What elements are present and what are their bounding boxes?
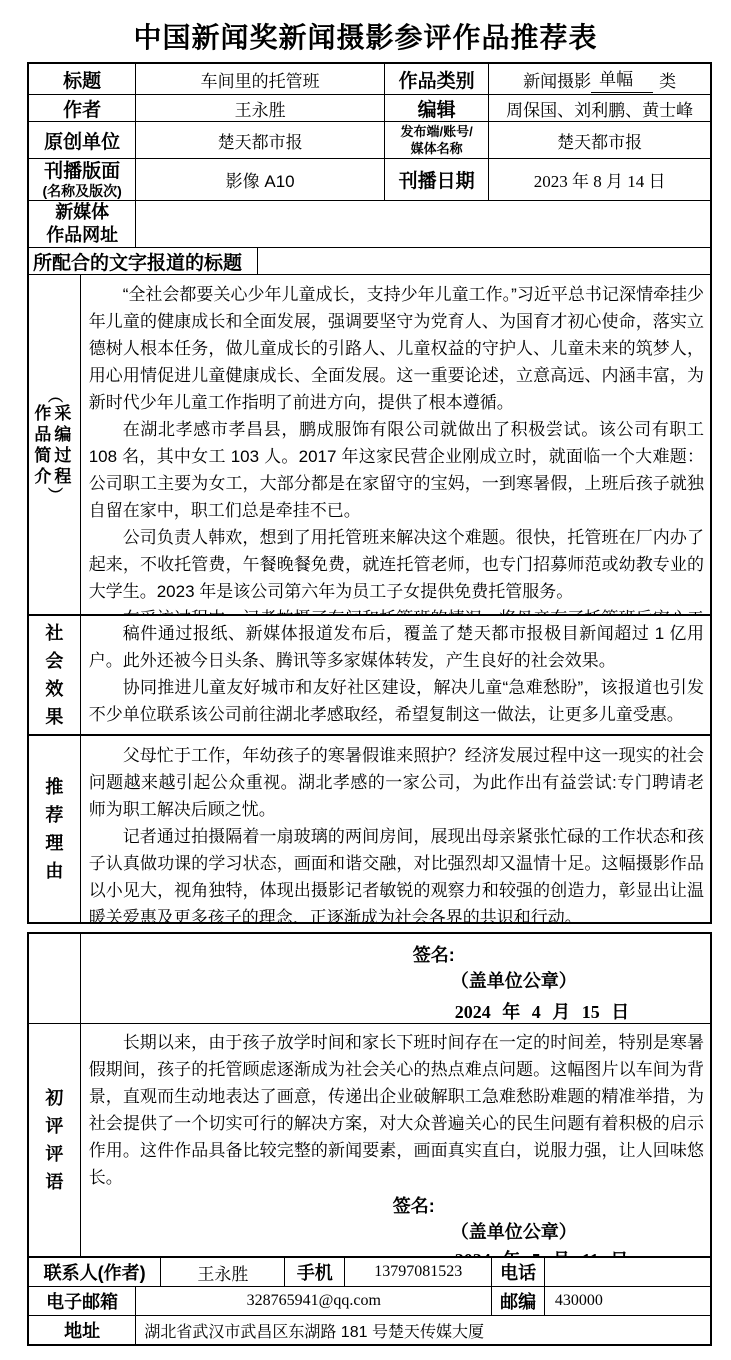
author-value: 王永胜 (136, 95, 385, 122)
row-org-platform: 原创单位 楚天都市报 发布端/账号/ 媒体名称 楚天都市报 (29, 122, 710, 159)
row-unit-signature: 签名: （盖单位公章） 2024 年 4 月 15 日 (29, 934, 710, 1024)
address-value: 湖北省武汉市武昌区东湖路 181 号楚天传媒大厦 (136, 1316, 710, 1344)
review-signature-label: 签名: (81, 1193, 710, 1219)
recommend-paragraph: 记者通过拍摄隔着一扇玻璃的两间房间，展现出母亲紧张忙碌的工作状态和孩子认真做功课… (89, 823, 704, 922)
review-paragraph: 长期以来，由于孩子放学时间和家长下班时间存在一定的时间差，特别是寒暑假期间，孩子… (89, 1029, 704, 1191)
platform-value: 楚天都市报 (489, 122, 710, 159)
intro-paragraph: 在湖北孝感市孝昌县，鹏成服饰有限公司就做出了积极尝试。该公司有职工 108 名，… (89, 416, 704, 524)
intro-paragraph: “全社会都要关心少年儿童成长，支持少年儿童工作。”习近平总书记深情牵挂少年儿童的… (89, 281, 704, 416)
text-report-label: 所配合的文字报道的标题 (29, 248, 258, 275)
intro-label-text: 作采 品编 简过 介程 (34, 403, 74, 487)
email-label: 电子邮箱 (29, 1287, 136, 1316)
social-section-label: 社 会 效 果 (29, 616, 81, 736)
intro-content: “全社会都要关心少年儿童成长，支持少年儿童工作。”习近平总书记深情牵挂少年儿童的… (81, 275, 710, 616)
intro-paragraph: 在采访过程中，记者拍摄了车间和托管班的情况，将母亲有了托管班后安心工作，与孩子开… (89, 605, 704, 616)
contact-value: 王永胜 (161, 1258, 285, 1287)
row-social-effect: 社 会 效 果 稿件通过报纸、新媒体报道发布后，覆盖了楚天都市报极目新闻超过 1… (29, 616, 710, 736)
review-label-text: 初 评 评 语 (45, 1084, 63, 1196)
category-type-underlined: 单幅 (591, 65, 653, 93)
contact-label: 联系人(作者) (29, 1258, 161, 1287)
main-table: 标题 车间里的托管班 作品类别 新闻摄影 单幅 类 作者 王永胜 编辑 周保国、… (27, 62, 712, 924)
social-label-text: 社 会 效 果 (45, 619, 63, 731)
signature-row-empty-label (29, 934, 81, 1024)
signature-label: 签名: (81, 942, 710, 968)
category-prefix: 新闻摄影 (523, 67, 591, 92)
intro-paragraph: 公司负责人韩欢，想到了用托管班来解决这个难题。很快，托管班在厂内办了起来，不收托… (89, 524, 704, 605)
form-title: 中国新闻奖新闻摄影参评作品推荐表 (0, 16, 731, 56)
signature-date: 2024 年 4 月 15 日 (81, 999, 710, 1024)
row-title-category: 标题 车间里的托管班 作品类别 新闻摄影 单幅 类 (29, 64, 710, 95)
row-email: 电子邮箱 328765941@qq.com 邮编 430000 (29, 1287, 710, 1316)
recommend-section-label: 推 荐 理 由 (29, 736, 81, 922)
seal-note: （盖单位公章） (81, 968, 710, 994)
title-label: 标题 (29, 64, 136, 95)
date-label: 刊播日期 (385, 159, 489, 201)
org-label: 原创单位 (29, 122, 136, 159)
intro-section-label: （ 作采 品编 简过 介程 ） (29, 275, 81, 616)
review-seal-note: （盖单位公章） (81, 1219, 710, 1245)
social-paragraph: 稿件通过报纸、新媒体报道发布后，覆盖了楚天都市报极目新闻超过 1 亿用户。此外还… (89, 620, 704, 674)
category-suffix: 类 (659, 67, 676, 92)
mobile-label: 手机 (285, 1258, 345, 1287)
row-url: 新媒体 作品网址 (29, 201, 710, 248)
review-section-label: 初 评 评 语 (29, 1024, 81, 1258)
row-address: 地址 湖北省武汉市武昌区东湖路 181 号楚天传媒大厦 (29, 1316, 710, 1344)
mobile-value: 13797081523 (345, 1258, 492, 1287)
review-content: 长期以来，由于孩子放学时间和家长下班时间存在一定的时间差，特别是寒暑假期间，孩子… (81, 1024, 710, 1258)
secondary-table: 签名: （盖单位公章） 2024 年 4 月 15 日 初 评 评 语 长期以来… (27, 932, 712, 1346)
recommend-label-text: 推 荐 理 由 (45, 773, 63, 885)
text-report-value (258, 248, 710, 275)
author-label: 作者 (29, 95, 136, 122)
url-label: 新媒体 作品网址 (29, 201, 136, 248)
layout-label: 刊播版面 (名称及版次) (29, 159, 136, 201)
row-recommendation: 推 荐 理 由 父母忙于工作，年幼孩子的寒暑假谁来照护？经济发展过程中这一现实的… (29, 736, 710, 922)
row-contact: 联系人(作者) 王永胜 手机 13797081523 电话 (29, 1258, 710, 1287)
row-author-editor: 作者 王永胜 编辑 周保国、刘利鹏、黄士峰 (29, 95, 710, 122)
category-value: 新闻摄影 单幅 类 (489, 64, 710, 95)
review-signature-block: 签名: （盖单位公章） 2024 年 5 月 11 日 (81, 1191, 710, 1258)
phone-value (545, 1258, 710, 1287)
recommend-content: 父母忙于工作，年幼孩子的寒暑假谁来照护？经济发展过程中这一现实的社会问题越来越引… (81, 736, 710, 922)
recommendation-form-page: 中国新闻奖新闻摄影参评作品推荐表 标题 车间里的托管班 作品类别 新闻摄影 单幅… (0, 0, 731, 1360)
url-value (136, 201, 710, 248)
row-text-report: 所配合的文字报道的标题 (29, 248, 710, 275)
unit-signature-block: 签名: （盖单位公章） 2024 年 4 月 15 日 (81, 934, 710, 1024)
editor-label: 编辑 (385, 95, 489, 122)
row-preliminary-review: 初 评 评 语 长期以来，由于孩子放学时间和家长下班时间存在一定的时间差，特别是… (29, 1024, 710, 1258)
phone-label: 电话 (492, 1258, 545, 1287)
email-value: 328765941@qq.com (136, 1287, 492, 1316)
address-label: 地址 (29, 1316, 136, 1344)
social-content: 稿件通过报纸、新媒体报道发布后，覆盖了楚天都市报极目新闻超过 1 亿用户。此外还… (81, 616, 710, 736)
recommend-paragraph: 父母忙于工作，年幼孩子的寒暑假谁来照护？经济发展过程中这一现实的社会问题越来越引… (89, 742, 704, 823)
title-value: 车间里的托管班 (136, 64, 385, 95)
editor-value: 周保国、刘利鹏、黄士峰 (489, 95, 710, 122)
layout-value: 影像 A10 (136, 159, 385, 201)
social-paragraph: 协同推进儿童友好城市和友好社区建设，解决儿童“急难愁盼”，该报道也引发不少单位联… (89, 674, 704, 728)
layout-label-line2: (名称及版次) (43, 183, 122, 200)
review-signature-date: 2024 年 5 月 11 日 (81, 1247, 710, 1258)
intro-label-open-paren: （ (47, 387, 62, 402)
org-value: 楚天都市报 (136, 122, 385, 159)
platform-label: 发布端/账号/ 媒体名称 (385, 122, 489, 159)
zip-label: 邮编 (492, 1287, 545, 1316)
row-intro: （ 作采 品编 简过 介程 ） “全社会都要关心少年儿童成长，支持少年儿童工作。… (29, 275, 710, 616)
zip-value: 430000 (545, 1287, 710, 1316)
row-layout-date: 刊播版面 (名称及版次) 影像 A10 刊播日期 2023 年 8 月 14 日 (29, 159, 710, 201)
date-value: 2023 年 8 月 14 日 (489, 159, 710, 201)
intro-label-close-paren: ） (47, 486, 62, 501)
category-label: 作品类别 (385, 64, 489, 95)
layout-label-line1: 刊播版面 (44, 160, 120, 183)
